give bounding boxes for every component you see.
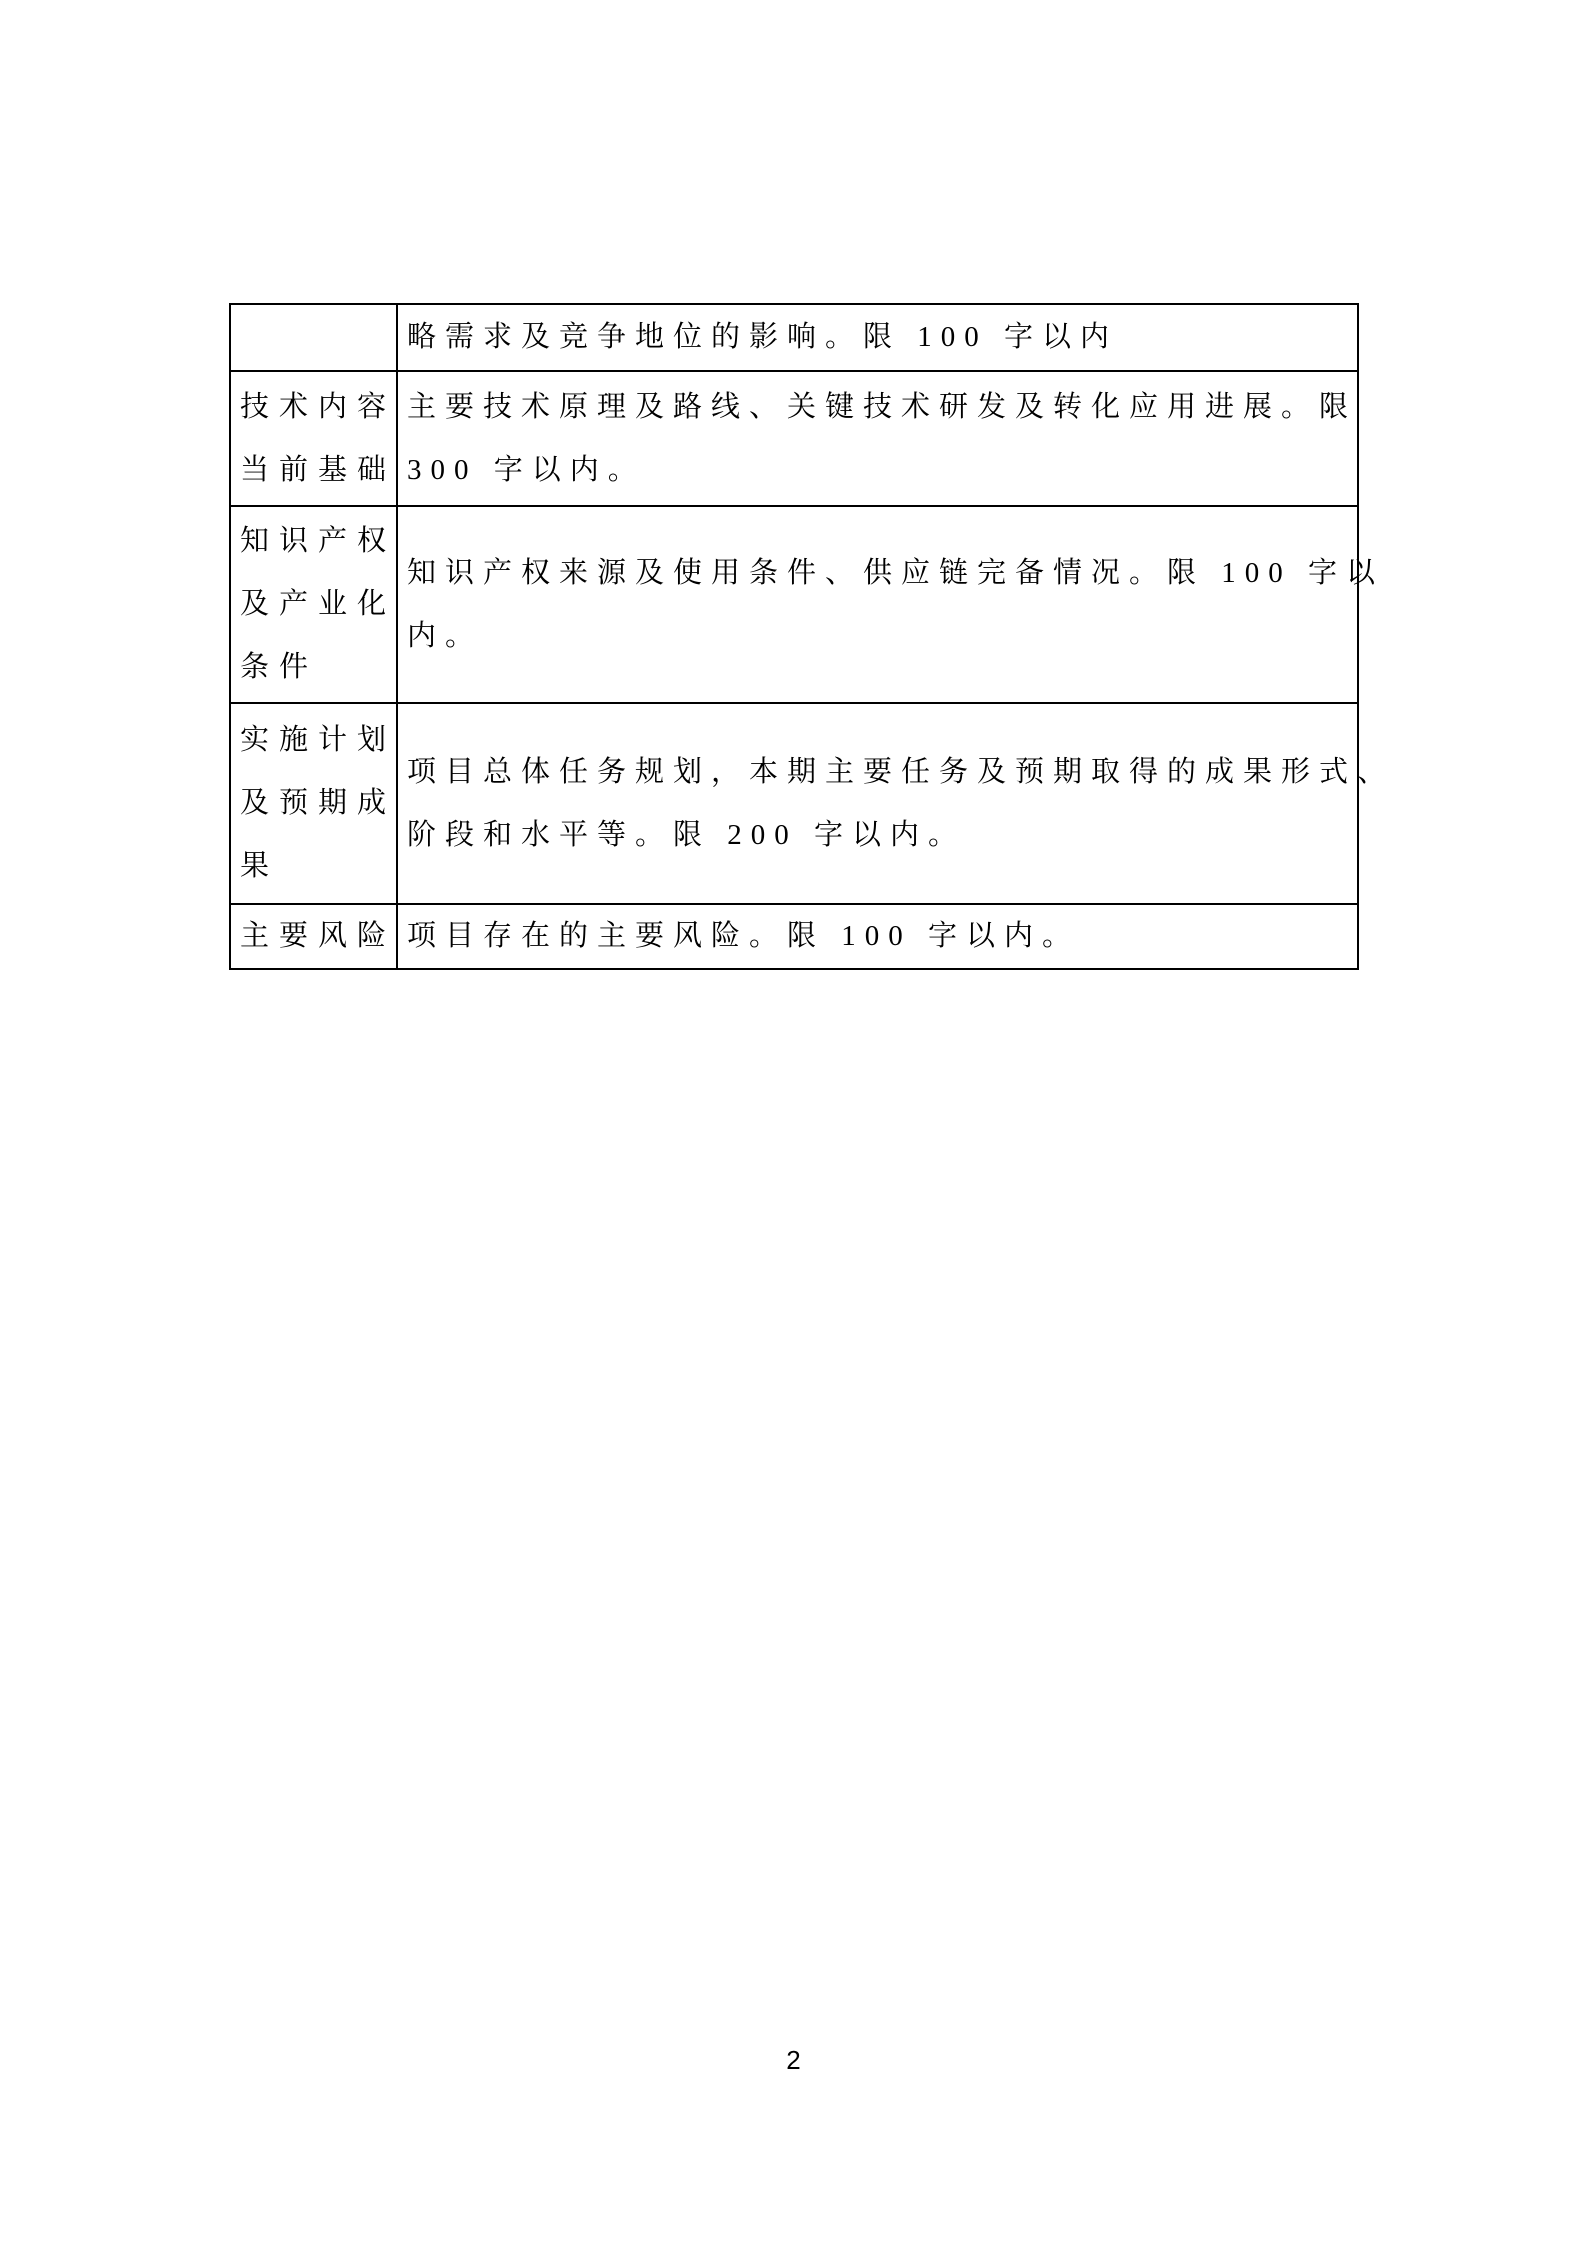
label-cell-empty bbox=[231, 305, 398, 370]
label-line: 及预期成 bbox=[240, 772, 394, 835]
label-cell-implementation-plan: 实施计划 及预期成 果 bbox=[231, 704, 398, 903]
content-line: 300 字以内。 bbox=[407, 439, 1357, 502]
content-line: 阶段和水平等。限 200 字以内。 bbox=[407, 804, 1395, 867]
label-line: 技术内容 bbox=[240, 376, 394, 439]
content-cell-main-risk: 项目存在的主要风险。限 100 字以内。 bbox=[398, 905, 1357, 968]
table-row-tech-content-basis: 技术内容 当前基础 主要技术原理及路线、关键技术研发及转化应用进展。限 300 … bbox=[231, 370, 1357, 505]
content-cell-ip-industrialization: 知识产权来源及使用条件、供应链完备情况。限 100 字以 内。 bbox=[398, 507, 1390, 702]
label-line: 条件 bbox=[240, 636, 394, 699]
content-line: 略需求及竞争地位的影响。限 100 字以内 bbox=[407, 306, 1351, 369]
content-line: 内。 bbox=[407, 605, 1384, 668]
content-line: 知识产权来源及使用条件、供应链完备情况。限 100 字以 bbox=[407, 542, 1384, 605]
label-line: 当前基础 bbox=[240, 439, 394, 502]
document-page: 略需求及竞争地位的影响。限 100 字以内 技术内容 当前基础 主要技术原理及路… bbox=[0, 0, 1587, 2245]
table-row-ip-industrialization: 知识产权 及产业化 条件 知识产权来源及使用条件、供应链完备情况。限 100 字… bbox=[231, 505, 1357, 702]
label-line: 知识产权 bbox=[240, 510, 394, 573]
content-line: 项目存在的主要风险。限 100 字以内。 bbox=[407, 905, 1351, 968]
label-line: 果 bbox=[240, 835, 394, 898]
label-line: 及产业化 bbox=[240, 573, 394, 636]
content-line: 主要技术原理及路线、关键技术研发及转化应用进展。限 bbox=[407, 376, 1357, 439]
label-line: 主要风险 bbox=[240, 905, 394, 968]
table-row-main-risk: 主要风险 项目存在的主要风险。限 100 字以内。 bbox=[231, 903, 1357, 968]
form-table: 略需求及竞争地位的影响。限 100 字以内 技术内容 当前基础 主要技术原理及路… bbox=[229, 303, 1359, 970]
table-row-continuation: 略需求及竞争地位的影响。限 100 字以内 bbox=[231, 305, 1357, 370]
page-number: 2 bbox=[0, 2042, 1587, 2078]
label-cell-main-risk: 主要风险 bbox=[231, 905, 398, 968]
label-cell-tech-content-basis: 技术内容 当前基础 bbox=[231, 372, 398, 505]
table-row-implementation-plan: 实施计划 及预期成 果 项目总体任务规划，本期主要任务及预期取得的成果形式、 阶… bbox=[231, 702, 1357, 903]
label-line: 实施计划 bbox=[240, 709, 394, 772]
content-cell-implementation-plan: 项目总体任务规划，本期主要任务及预期取得的成果形式、 阶段和水平等。限 200 … bbox=[398, 704, 1401, 903]
content-cell-continuation: 略需求及竞争地位的影响。限 100 字以内 bbox=[398, 305, 1357, 370]
content-line: 项目总体任务规划，本期主要任务及预期取得的成果形式、 bbox=[407, 741, 1395, 804]
label-cell-ip-industrialization: 知识产权 及产业化 条件 bbox=[231, 507, 398, 702]
content-cell-tech-content-basis: 主要技术原理及路线、关键技术研发及转化应用进展。限 300 字以内。 bbox=[398, 372, 1363, 505]
